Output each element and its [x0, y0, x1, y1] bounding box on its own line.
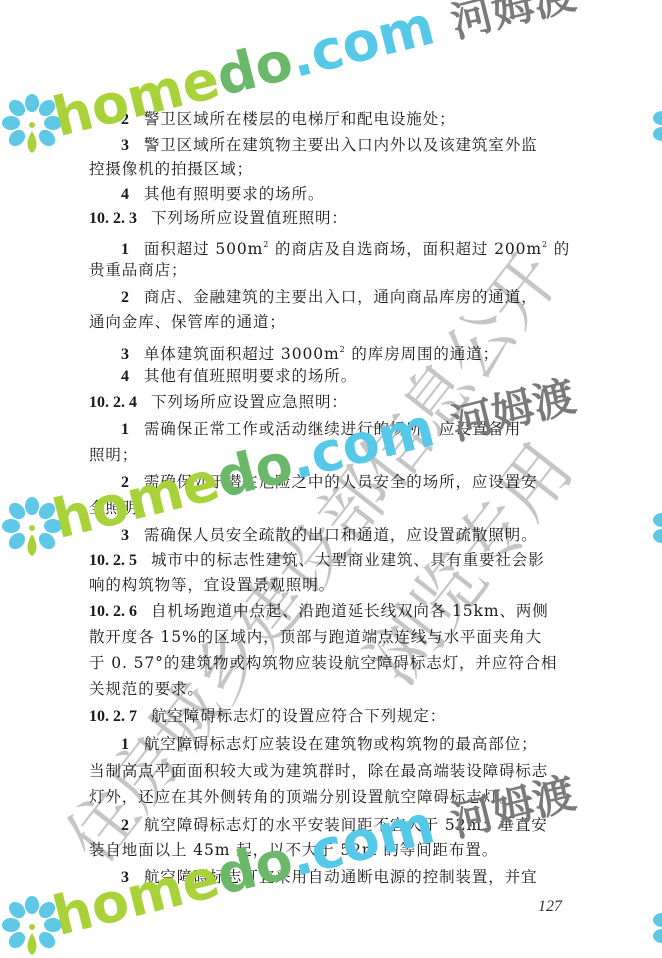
text-line: 关规范的要求。	[89, 679, 204, 699]
list-item: 2商店、金融建筑的主要出入口，通向商品库房的通道，	[121, 287, 538, 308]
text-line: 照明；	[89, 445, 138, 465]
clause-heading: 10. 2. 3下列场所应设置值班照明：	[89, 208, 348, 229]
text-line: 通向金库、保管库的通道；	[89, 312, 286, 332]
flower-partial-icon	[650, 510, 662, 546]
list-item: 4其他有值班照明要求的场所。	[121, 366, 357, 387]
flower-partial-icon	[650, 108, 662, 144]
clause-heading: 10. 2. 6自机场跑道中点起、沿跑道延长线双向各 15km、两侧	[89, 601, 549, 622]
list-item: 1航空障碍标志灯应装设在建筑物或构筑物的最高部位；	[121, 734, 538, 755]
text-line: 于 0. 57°的建筑物或构筑物应装设航空障碍标志灯，并应符合相	[89, 653, 557, 673]
text-line: 贵重品商店；	[89, 260, 187, 280]
page-number: 127	[538, 898, 562, 916]
list-item: 3警卫区域所在建筑物主要出入口内外以及该建筑室外监	[121, 135, 538, 156]
text-line: 响的构筑物等，宜设置景观照明。	[89, 575, 335, 595]
list-item: 4其他有照明要求的场所。	[121, 184, 324, 205]
list-item: 1面积超过 500m2 的商店及自选商场，面积超过 200m2 的	[121, 235, 570, 260]
clause-heading: 10. 2. 5城市中的标志性建筑、大型商业建筑、具有重要社会影	[89, 550, 545, 571]
clause-heading: 10. 2. 7航空障碍标志灯的设置应符合下列规定：	[89, 706, 446, 727]
list-item: 3单体建筑面积超过 3000m2 的库房周围的通道；	[121, 340, 499, 365]
list-item: 3需确保人员安全疏散的出口和通道，应设置疏散照明。	[121, 525, 538, 546]
clause-heading: 10. 2. 4下列场所应设置应急照明：	[89, 392, 348, 413]
text-line: 散开度各 15%的区域内，顶部与跑道端点连线与水平面夹角大	[89, 627, 542, 647]
text-line: 控摄像机的拍摄区域；	[89, 159, 253, 179]
flower-partial-icon	[650, 910, 662, 946]
